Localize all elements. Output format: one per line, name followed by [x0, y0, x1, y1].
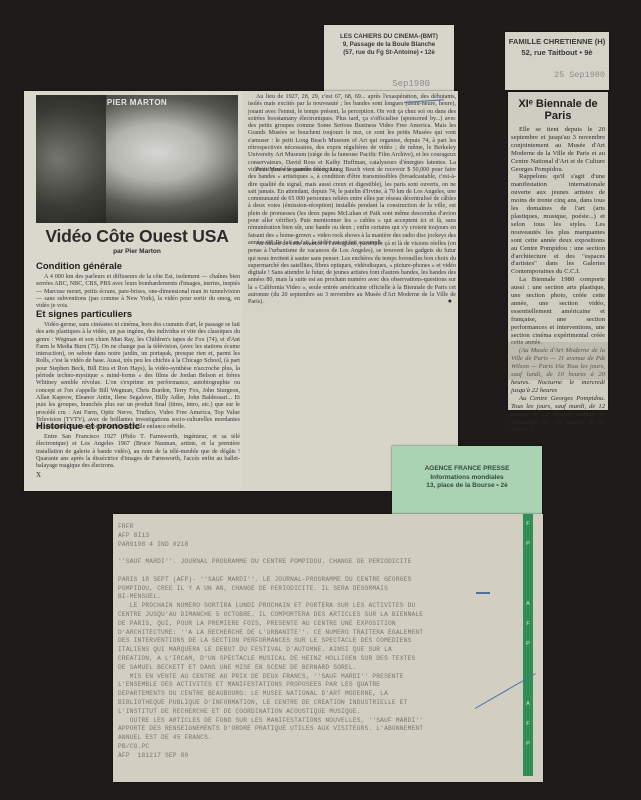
afp-source: AGENCE FRANCE PRESSE Informations mondia… [392, 446, 542, 491]
strip-letter: P [523, 734, 533, 754]
paper-fold [508, 342, 608, 380]
source-line: AGENCE FRANCE PRESSE [392, 465, 542, 474]
section-heading: Et signes particuliers [36, 309, 242, 320]
source-line: 9, Passage de la Boule Blanche [324, 41, 454, 49]
date-stamp: Sep1980 [392, 79, 430, 89]
strip-letter: F [523, 714, 533, 734]
biennale-title: XIᵉ Biennale de Paris [511, 98, 605, 122]
end-mark: ● [448, 297, 452, 305]
section-text: A 4 000 km des parleurs et diffuseurs de… [36, 274, 240, 310]
section-heading: Condition générale [36, 261, 242, 272]
strip-letter: F [523, 614, 533, 634]
strip-letter [523, 554, 533, 574]
famille-source: FAMILLE CHRETIENNE (H) 52, rue Taitbout … [505, 32, 609, 58]
paragraph: Petit Musée à grandes idées, Long Beach … [248, 167, 456, 247]
section-text: Entre San Francisco 1927 (Philo T. Farns… [36, 434, 240, 470]
afp-masthead-clipping: AGENCE FRANCE PRESSE Informations mondia… [392, 446, 542, 516]
source-line: FAMILLE CHRETIENNE (H) [505, 36, 609, 47]
source-line: 13, place de la Bourse • 2è [392, 482, 542, 491]
cahiers-masthead-clipping: LES CAHIERS DU CINEMA-(BMT) 9, Passage d… [324, 25, 454, 97]
pen-underline [476, 592, 490, 594]
famille-masthead-clipping: FAMILLE CHRETIENNE (H) 52, rue Taitbout … [505, 32, 609, 90]
strip-letter: P [523, 634, 533, 654]
x-mark: X [36, 471, 41, 479]
source-line: 52, rue Taitbout • 9è [505, 47, 609, 58]
afp-green-strip: FP AFP AFP [523, 514, 533, 776]
video-article-clipping: PIER MARTON Vidéo Côte Ouest USA par Pie… [24, 91, 458, 491]
article-headline: Vidéo Côte Ouest USA [34, 226, 240, 247]
paragraph: Rappelons qu'il s'agit d'une manifestati… [511, 173, 605, 276]
afp-telex-clipping: FRFR AFP 8I13 PAR0198 4 IND 0218 ''SAUF … [113, 514, 543, 782]
section-heading: Historique et pronostic [36, 421, 242, 432]
strip-letter: F [523, 514, 533, 534]
cahiers-source: LES CAHIERS DU CINEMA-(BMT) 9, Passage d… [324, 25, 454, 57]
strip-letter [523, 654, 533, 674]
strip-letter: A [523, 694, 533, 714]
article-byline: par Pier Marton [34, 248, 240, 255]
photo-credit: PIER MARTON [36, 98, 238, 107]
paragraph: Elle se tient depuis le 20 septembre et … [511, 126, 605, 173]
source-line: LES CAHIERS DU CINEMA-(BMT) [324, 33, 454, 41]
source-line: (57, rue du Fg St-Antoine) • 12è [324, 49, 454, 57]
article-photo: PIER MARTON [36, 95, 238, 223]
paragraph: La Biennale 1980 comporte aussi : une se… [511, 276, 605, 347]
paragraph: Au milieu de cette avancée à l'aveuglett… [248, 241, 456, 307]
photo-foliage [36, 95, 106, 223]
source-line: Informations mondiales [392, 474, 542, 483]
strip-letter [523, 574, 533, 594]
article-left-column: PIER MARTON Vidéo Côte Ouest USA par Pie… [24, 91, 242, 491]
paragraph-italic: Au Centre Georges Pompidou. Tous les jou… [511, 395, 605, 435]
section-text: Vidéo-germe, sans cinéastes ni cinéma, h… [36, 322, 240, 431]
paragraph: Au lieu de 1927, 28, 29, c'est 67, 68, 6… [248, 94, 456, 174]
telex-text: FRFR AFP 8I13 PAR0198 4 IND 0218 ''SAUF … [118, 523, 423, 761]
strip-letter: A [523, 594, 533, 614]
date-stamp: 25 Sep1980 [554, 70, 605, 80]
biennale-article-clipping: XIᵉ Biennale de Paris Elle se tient depu… [508, 92, 608, 410]
article-right-column: Au lieu de 1927, 28, 29, c'est 67, 68, 6… [244, 91, 458, 313]
strip-letter: P [523, 534, 533, 554]
